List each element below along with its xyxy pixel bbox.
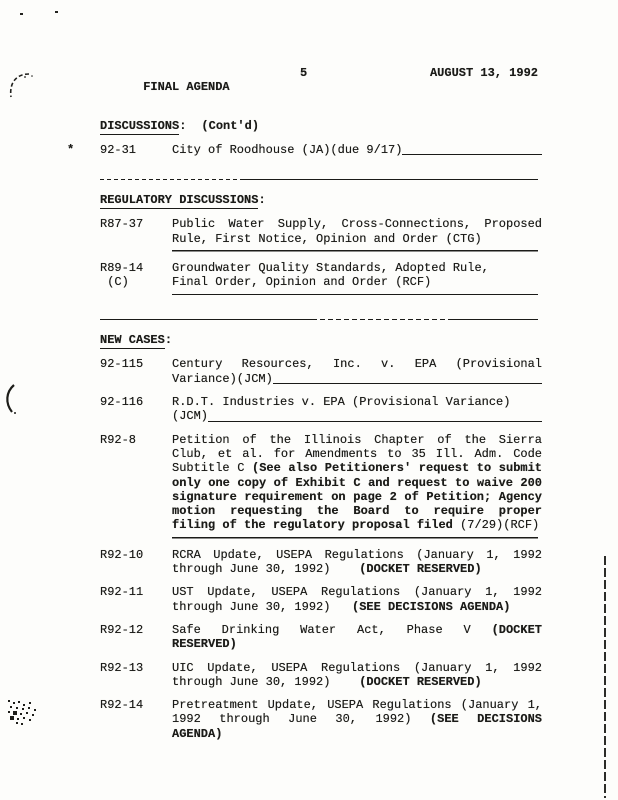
docket-entry: R92-12Safe Drinking Water Act, Phase V (… bbox=[100, 623, 538, 652]
section-heading-colon: : bbox=[165, 333, 172, 347]
document-page: FINAL AGENDA 5 AUGUST 13, 1992 DISCUSSIO… bbox=[0, 0, 618, 800]
text: RCRA Update, USEPA Regulations (January … bbox=[172, 548, 542, 562]
separator-rule bbox=[172, 293, 538, 295]
bold-text: (DOCKET RESERVED) bbox=[359, 675, 481, 689]
text: Safe Drinking Water Act, Phase V bbox=[172, 623, 492, 637]
docket-number: R92-12 bbox=[100, 623, 172, 652]
entry-line: Safe Drinking Water Act, Phase V (DOCKET bbox=[172, 623, 542, 637]
separator-rule bbox=[172, 537, 538, 539]
bold-text: AGENDA) bbox=[172, 727, 222, 741]
entry-line: Rule, First Notice, Opinion and Order (C… bbox=[172, 232, 542, 246]
text: Variance)(JCM) bbox=[172, 372, 273, 386]
page-header: FINAL AGENDA 5 AUGUST 13, 1992 bbox=[100, 66, 538, 81]
entry-description: Safe Drinking Water Act, Phase V (DOCKET… bbox=[172, 623, 542, 652]
section-heading-note: (Cont'd) bbox=[186, 119, 259, 133]
text: R.D.T. Industries v. EPA (Provisional Va… bbox=[172, 395, 510, 409]
page-number: 5 bbox=[300, 66, 307, 80]
text: Subtitle C bbox=[172, 461, 252, 475]
docket-entry: *92-31City of Roodhouse (JA)(due 9/17) bbox=[100, 143, 538, 157]
text: through June 30, 1992) bbox=[172, 600, 352, 614]
entry-line: Pretreatment Update, USEPA Regulations (… bbox=[172, 698, 542, 712]
binder-edge-dotted-line bbox=[604, 556, 606, 798]
entry-line: City of Roodhouse (JA)(due 9/17) bbox=[172, 143, 542, 157]
bold-text: signature requirement on page 2 of Petit… bbox=[172, 490, 542, 504]
entry-description: UIC Update, USEPA Regulations (January 1… bbox=[172, 661, 542, 690]
text: Groundwater Quality Standards, Adopted R… bbox=[172, 261, 489, 275]
fill-in-line bbox=[273, 372, 542, 384]
entry-line: motion requesting the Board to require p… bbox=[172, 504, 542, 518]
entry-line: Club, et al. for Amendments to 35 Ill. A… bbox=[172, 447, 542, 461]
text: through June 30, 1992) bbox=[172, 675, 359, 689]
entry-line: Public Water Supply, Cross-Connections, … bbox=[172, 217, 542, 231]
ink-speckles-stamp-icon bbox=[8, 700, 10, 702]
docket-line: R92-8 bbox=[100, 433, 172, 447]
entry-line: Subtitle C (See also Petitioners' reques… bbox=[172, 461, 542, 475]
docket-entry: R92-14Pretreatment Update, USEPA Regulat… bbox=[100, 698, 538, 741]
docket-line: R89-14 bbox=[100, 261, 172, 275]
docket-line: 92-115 bbox=[100, 357, 172, 371]
entry-line: Petition of the Illinois Chapter of the … bbox=[172, 433, 542, 447]
bold-text: (See also Petitioners' request to submit bbox=[252, 461, 542, 475]
entry-description: City of Roodhouse (JA)(due 9/17) bbox=[172, 143, 542, 157]
entry-line: Groundwater Quality Standards, Adopted R… bbox=[172, 261, 542, 275]
entry-description: RCRA Update, USEPA Regulations (January … bbox=[172, 548, 542, 577]
scan-speck-icon bbox=[55, 11, 58, 13]
entry-line: Final Order, Opinion and Order (RCF) bbox=[172, 275, 542, 289]
bold-text: (SEE DECISIONS bbox=[430, 712, 542, 726]
docket-number: R92-13 bbox=[100, 661, 172, 690]
text: (JCM) bbox=[172, 409, 208, 423]
separator-rule bbox=[100, 318, 538, 320]
docket-entry: R92-10RCRA Update, USEPA Regulations (Ja… bbox=[100, 548, 538, 577]
docket-line: R92-14 bbox=[100, 698, 172, 712]
docket-entry: 92-116R.D.T. Industries v. EPA (Provisio… bbox=[100, 395, 538, 424]
docket-entry: R92-8Petition of the Illinois Chapter of… bbox=[100, 433, 538, 533]
docket-number: R92-14 bbox=[100, 698, 172, 741]
fill-in-line bbox=[208, 409, 542, 421]
docket-number: 92-116 bbox=[100, 395, 172, 424]
docket-number: 92-31 bbox=[100, 143, 172, 157]
docket-number: R92-10 bbox=[100, 548, 172, 577]
section-heading: NEW CASES: bbox=[100, 333, 538, 348]
scan-speck-icon bbox=[20, 13, 23, 15]
entry-line: 1992 through June 30, 1992) (SEE DECISIO… bbox=[172, 712, 542, 726]
section-heading-label: NEW CASES bbox=[100, 333, 165, 349]
entry-line: RCRA Update, USEPA Regulations (January … bbox=[172, 548, 542, 562]
text: Petition of the Illinois Chapter of the … bbox=[172, 433, 542, 447]
section-heading-label: REGULATORY DISCUSSIONS bbox=[100, 193, 258, 209]
fill-in-line bbox=[402, 143, 542, 155]
section-heading: REGULATORY DISCUSSIONS: bbox=[100, 193, 538, 208]
entry-description: Petition of the Illinois Chapter of the … bbox=[172, 433, 542, 533]
section-heading-colon: : bbox=[258, 193, 265, 207]
docket-entry: R92-11UST Update, USEPA Regulations (Jan… bbox=[100, 585, 538, 614]
entry-description: R.D.T. Industries v. EPA (Provisional Va… bbox=[172, 395, 542, 424]
separator-rule bbox=[172, 250, 538, 252]
entry-line: through June 30, 1992) (SEE DECISIONS AG… bbox=[172, 600, 542, 614]
doc-body: DISCUSSIONS:(Cont'd)*92-31City of Roodho… bbox=[100, 119, 538, 741]
text: Final Order, Opinion and Order (RCF) bbox=[172, 275, 431, 289]
entry-line: filing of the regulatory proposal filed … bbox=[172, 518, 542, 532]
text: UST Update, USEPA Regulations (January 1… bbox=[172, 585, 542, 599]
entry-description: UST Update, USEPA Regulations (January 1… bbox=[172, 585, 542, 614]
entry-line: Century Resources, Inc. v. EPA (Provisio… bbox=[172, 357, 542, 371]
docket-line: 92-31 bbox=[100, 143, 172, 157]
entry-description: Groundwater Quality Standards, Adopted R… bbox=[172, 261, 542, 290]
bold-text: filing of the regulatory proposal filed bbox=[172, 518, 460, 532]
docket-number: R87-37 bbox=[100, 217, 172, 246]
entry-line: (JCM) bbox=[172, 409, 542, 423]
entry-description: Pretreatment Update, USEPA Regulations (… bbox=[172, 698, 542, 741]
docket-line: R92-12 bbox=[100, 623, 172, 637]
entry-line: RESERVED) bbox=[172, 637, 542, 651]
docket-entry: 92-115Century Resources, Inc. v. EPA (Pr… bbox=[100, 357, 538, 386]
entry-line: signature requirement on page 2 of Petit… bbox=[172, 490, 542, 504]
text: City of Roodhouse (JA)(due 9/17) bbox=[172, 143, 402, 157]
docket-number: R92-11 bbox=[100, 585, 172, 614]
pen-mark-curl-icon bbox=[5, 70, 35, 100]
docket-line: R87-37 bbox=[100, 217, 172, 231]
text: Pretreatment Update, USEPA Regulations (… bbox=[172, 698, 542, 712]
header-date: AUGUST 13, 1992 bbox=[430, 66, 538, 80]
bold-text: (SEE DECISIONS AGENDA) bbox=[352, 600, 510, 614]
bold-text: motion requesting the Board to require p… bbox=[172, 504, 542, 518]
entry-description: Century Resources, Inc. v. EPA (Provisio… bbox=[172, 357, 542, 386]
text: Rule, First Notice, Opinion and Order (C… bbox=[172, 232, 482, 246]
text: Club, et al. for Amendments to 35 Ill. A… bbox=[172, 447, 542, 461]
entry-line: only one copy of Exhibit C and request t… bbox=[172, 476, 542, 490]
docket-line: (C) bbox=[100, 275, 172, 289]
margin-asterisk: * bbox=[67, 143, 74, 157]
bold-text: RESERVED) bbox=[172, 637, 237, 651]
entry-line: UIC Update, USEPA Regulations (January 1… bbox=[172, 661, 542, 675]
agenda-section: NEW CASES:92-115Century Resources, Inc. … bbox=[100, 318, 538, 741]
docket-line: R92-13 bbox=[100, 661, 172, 675]
agenda-section: DISCUSSIONS:(Cont'd)*92-31City of Roodho… bbox=[100, 119, 538, 180]
text: Century Resources, Inc. v. EPA (Provisio… bbox=[172, 357, 542, 371]
text: UIC Update, USEPA Regulations (January 1… bbox=[172, 661, 542, 675]
docket-number: R92-8 bbox=[100, 433, 172, 533]
entry-description: Public Water Supply, Cross-Connections, … bbox=[172, 217, 542, 246]
entry-line: Variance)(JCM) bbox=[172, 372, 542, 386]
entry-line: through June 30, 1992) (DOCKET RESERVED) bbox=[172, 562, 542, 576]
text: through June 30, 1992) bbox=[172, 562, 359, 576]
section-heading: DISCUSSIONS:(Cont'd) bbox=[100, 119, 538, 134]
bold-text: (DOCKET bbox=[492, 623, 542, 637]
header-title: FINAL AGENDA bbox=[143, 80, 229, 94]
text: Public Water Supply, Cross-Connections, … bbox=[172, 217, 542, 231]
text: (7/29)(RCF) bbox=[460, 518, 539, 532]
docket-line: R92-10 bbox=[100, 548, 172, 562]
docket-number: R89-14 (C) bbox=[100, 261, 172, 290]
separator-rule bbox=[100, 178, 538, 180]
bold-text: (DOCKET RESERVED) bbox=[359, 562, 481, 576]
docket-line: 92-116 bbox=[100, 395, 172, 409]
agenda-section: REGULATORY DISCUSSIONS:R87-37Public Wate… bbox=[100, 193, 538, 295]
docket-entry: R87-37Public Water Supply, Cross-Connect… bbox=[100, 217, 538, 246]
docket-number: 92-115 bbox=[100, 357, 172, 386]
docket-entry: R89-14 (C)Groundwater Quality Standards,… bbox=[100, 261, 538, 290]
entry-line: through June 30, 1992) (DOCKET RESERVED) bbox=[172, 675, 542, 689]
pen-mark-paren-icon bbox=[3, 383, 17, 415]
docket-entry: R92-13UIC Update, USEPA Regulations (Jan… bbox=[100, 661, 538, 690]
bold-text: only one copy of Exhibit C and request t… bbox=[172, 476, 542, 490]
entry-line: AGENDA) bbox=[172, 727, 542, 741]
docket-line: R92-11 bbox=[100, 585, 172, 599]
entry-line: UST Update, USEPA Regulations (January 1… bbox=[172, 585, 542, 599]
text: 1992 through June 30, 1992) bbox=[172, 712, 430, 726]
document-content: FINAL AGENDA 5 AUGUST 13, 1992 DISCUSSIO… bbox=[100, 66, 538, 741]
entry-line: R.D.T. Industries v. EPA (Provisional Va… bbox=[172, 395, 542, 409]
